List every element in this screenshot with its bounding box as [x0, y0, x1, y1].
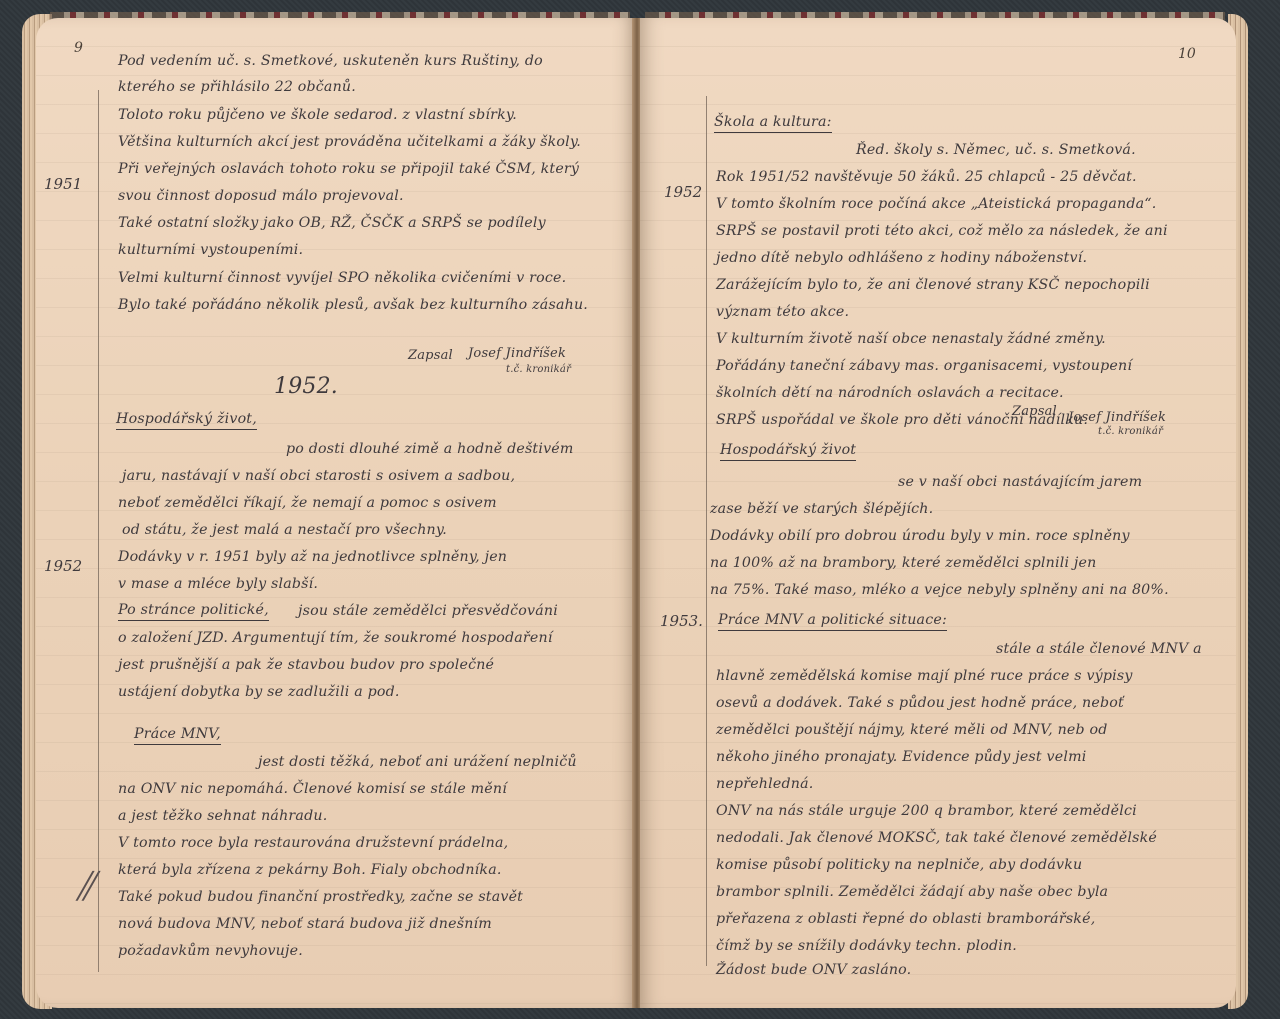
text-line: Zarážejícím bylo to, že ani členové stra…: [716, 277, 1150, 293]
text-line: V kulturním životě naší obce nenastaly ž…: [716, 331, 1106, 347]
signature-name: Josef Jindříšek: [468, 346, 566, 361]
margin-rule: [98, 90, 99, 972]
section-heading: Práce MNV,: [134, 726, 221, 745]
signature-name: Josef Jindříšek: [1068, 410, 1166, 425]
text-line: jaru, nastávají v naší obci starosti s o…: [122, 468, 515, 484]
text-line: V tomto roce byla restaurována družstevn…: [118, 835, 508, 851]
text-line: Pod vedením uč. s. Smetkové, uskuteněn k…: [118, 53, 543, 69]
text-line: Řed. školy s. Němec, uč. s. Smetková.: [856, 142, 1136, 158]
text-line: stále a stále členové MNV a: [996, 641, 1202, 657]
text-line: Dodávky obilí pro dobrou úrodu byly v mi…: [710, 528, 1130, 544]
margin-year: 1952: [44, 557, 82, 575]
text-line: význam této akce.: [716, 304, 849, 320]
text-line: kterého se přihlásilo 22 občanů.: [118, 79, 356, 95]
text-line: na ONV nic nepomáhá. Členové komisí se s…: [118, 781, 507, 797]
text-line: zase běží ve starých šlépějích.: [710, 501, 933, 517]
section-heading: Hospodářský život: [720, 442, 856, 461]
text-line: jedno dítě nebylo odhlášeno z hodiny náb…: [716, 250, 1087, 266]
text-line: nepřehledná.: [716, 776, 813, 792]
text-line: osevů a dodávek. Také s půdou jest hodně…: [716, 695, 1124, 711]
text-line: Dodávky v r. 1951 byly až na jednotlivce…: [118, 549, 507, 565]
text-line: Toloto roku půjčeno ve škole sedarod. z …: [118, 107, 517, 123]
margin-check-mark-icon: ⫽: [76, 864, 94, 910]
left-page: 9 1951 1952 Pod vedením uč. s. Smetkové,…: [36, 18, 636, 1008]
text-line: se v naší obci nastávajícím jarem: [898, 474, 1142, 490]
text-line: přeřazena z oblasti řepné do oblasti bra…: [716, 911, 1095, 927]
page-number: 9: [74, 40, 83, 56]
signature-title: t.č. kronikář: [1098, 426, 1163, 437]
text-line: hlavně zemědělská komise mají plné ruce …: [716, 668, 1133, 684]
text-line: jest prušnější a pak že stavbou budov pr…: [118, 657, 494, 673]
signature-title: t.č. kronikář: [506, 364, 571, 375]
text-line: Také pokud budou finanční prostředky, za…: [118, 889, 523, 905]
text-line: ONV na nás stále urguje 200 q brambor, k…: [716, 803, 1137, 819]
margin-year: 1951: [44, 175, 82, 193]
right-page: 10 1952 1953. Škola a kultura: Řed. škol…: [640, 18, 1236, 1008]
text-line: svou činnost doposud málo projevoval.: [118, 188, 404, 204]
text-line: a jest těžko sehnat náhradu.: [118, 808, 327, 824]
text-line: Pořádány taneční zábavy mas. organisacem…: [716, 358, 1132, 374]
signature-label: Zapsal: [1012, 404, 1057, 419]
text-line: od státu, že jest malá a nestačí pro vše…: [122, 522, 447, 538]
text-line: jsou stále zemědělci přesvědčováni: [298, 603, 558, 619]
text-line: brambor splnili. Zemědělci žádají aby na…: [716, 884, 1108, 900]
text-line: požadavkům nevyhovuje.: [118, 943, 303, 959]
section-heading: Po stránce politické,: [118, 602, 269, 621]
text-line: která byla zřízena z pekárny Boh. Fialy …: [118, 862, 502, 878]
section-heading: Práce MNV a politické situace:: [718, 612, 947, 631]
text-line: Bylo také pořádáno několik plesů, avšak …: [118, 297, 588, 313]
text-line: Velmi kulturní činnost vyvíjel SPO někol…: [118, 270, 566, 286]
page-number: 10: [1178, 46, 1196, 62]
text-line: neboť zemědělci říkají, že nemají a pomo…: [118, 495, 497, 511]
margin-year: 1952: [664, 183, 702, 201]
text-line: Většina kulturních akcí jest prováděna u…: [118, 134, 581, 150]
text-line: v mase a mléce byly slabší.: [118, 576, 318, 592]
text-line: školních dětí na národních oslavách a re…: [716, 385, 1064, 401]
text-line: zemědělci pouštějí nájmy, které měli od …: [716, 722, 1108, 738]
text-line: někoho jiného pronajaty. Evidence půdy j…: [716, 749, 1086, 765]
text-line: V tomto školním roce počíná akce „Ateist…: [716, 196, 1156, 212]
text-line: nová budova MNV, neboť stará budova již …: [118, 916, 492, 932]
text-line: o založení JZD. Argumentují tím, že souk…: [118, 630, 553, 646]
text-line: Rok 1951/52 navštěvuje 50 žáků. 25 chlap…: [716, 169, 1137, 185]
text-line: Žádost bude ONV zasláno.: [716, 962, 911, 978]
text-line: po dosti dlouhé zimě a hodně deštivém: [286, 441, 574, 457]
text-line: kulturními vystoupeními.: [118, 242, 303, 258]
margin-year: 1953.: [660, 612, 703, 630]
text-line: komise působí politicky na neplniče, aby…: [716, 857, 1082, 873]
text-line: nedodali. Jak členové MOKSČ, tak také čl…: [716, 830, 1157, 846]
text-line: ustájení dobytka by se zadlužili a pod.: [118, 684, 400, 700]
text-line: Při veřejných oslavách tohoto roku se př…: [118, 161, 579, 177]
text-line: SRPŠ se postavil proti této akci, což mě…: [716, 223, 1168, 239]
text-line: na 75%. Také maso, mléko a vejce nebyly …: [710, 582, 1169, 598]
year-heading: 1952.: [274, 374, 338, 399]
margin-rule: [706, 96, 707, 966]
text-line: na 100% až na brambory, které zemědělci …: [710, 555, 1096, 571]
section-heading: Škola a kultura:: [714, 114, 832, 133]
section-heading: Hospodářský život,: [116, 411, 257, 430]
signature-label: Zapsal: [408, 348, 453, 363]
text-line: Také ostatní složky jako OB, RŽ, ČSČK a …: [118, 215, 546, 231]
text-line: čímž by se snížily dodávky techn. plodin…: [716, 938, 1017, 954]
text-line: jest dosti těžká, neboť ani urážení nepl…: [258, 754, 577, 770]
